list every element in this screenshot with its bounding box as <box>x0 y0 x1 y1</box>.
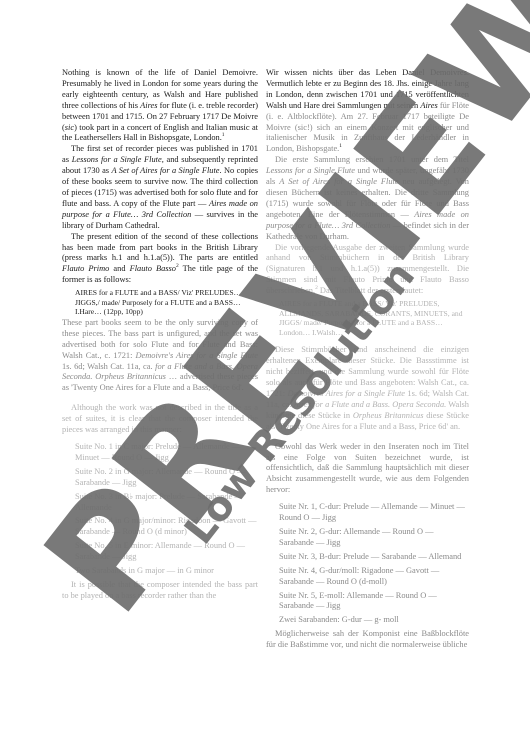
text-italic: Aires <box>420 101 437 110</box>
suite-item: Suite Nr. 5, E-moll: Allemande — Round O… <box>279 591 469 613</box>
text-italic: Demoivre's Aires for a Single Flute <box>135 351 258 360</box>
paragraph-suites-intro-de: Obwohl das Werk weder in den Inseraten n… <box>266 442 469 497</box>
text: Das Titelblatt der ersten lautet: <box>318 286 423 295</box>
text-italic: Aires <box>140 101 157 110</box>
footnote-marker: 1 <box>339 144 342 150</box>
text: ) took part in a concert of English and … <box>62 123 258 143</box>
text-italic: A Set of Aires for a Single Flute <box>279 177 398 186</box>
text: Die erste Sammlung erschien 1701 unter d… <box>275 155 469 164</box>
text: and <box>109 264 129 273</box>
suite-item: Suite No. 4 in G major/minor: Rigadoon —… <box>75 516 258 538</box>
suite-item: Suite Nr. 1, C-dur: Prelude — Allemande … <box>279 502 469 524</box>
text-italic: Lessons for a Single Flute <box>72 155 162 164</box>
suite-item: Suite No. 5 in E minor: Allemande — Roun… <box>75 541 258 563</box>
text-italic: Aires for a Flute and a Bass. Opera Seco… <box>294 400 447 409</box>
paragraph-bass-recorder-de: Möglicherweise sah der Komponist eine Ba… <box>266 629 469 651</box>
text: The present edition of the second of the… <box>62 232 258 263</box>
title-page-quote: AIRES for a FLUTE and a BASS/ Viz' PRELU… <box>75 288 258 317</box>
sarabands-item: Zwei Sarabanden: G-dur — g- moll <box>279 615 469 626</box>
german-column: Wir wissen nichts über das Leben Daniel … <box>266 68 469 651</box>
suite-item: Suite No. 3 in B♭ major: Prelude — Sarab… <box>75 492 258 514</box>
suite-list: Suite No. 1 in C major: Prelude — Allema… <box>62 442 258 577</box>
suite-item: Suite Nr. 2, G-dur: Allemande — Round O … <box>279 527 469 549</box>
text-italic: Flauto Primo <box>62 264 109 273</box>
paragraph-bass-recorder: It is possible that the composer intende… <box>62 580 258 602</box>
title-page-quote-de: AIRES for a FLUTE and a BASS/ Viz' PRELU… <box>279 299 469 337</box>
document-page: Nothing is known of the life of Daniel D… <box>0 0 530 750</box>
paragraph-present-edition-de: Die vorliegende Ausgabe der zweiten Samm… <box>266 243 469 298</box>
text-italic: A Set of Aires for a Single Flute <box>111 166 219 175</box>
suite-item: Suite Nr. 4, G-dur/moll: Rigadone — Gavo… <box>279 566 469 588</box>
text-italic: sic <box>65 123 74 132</box>
sarabands-item: Two Sarabands in G major — in G minor <box>75 566 258 577</box>
paragraph-suites-intro: Although the work was not described in t… <box>62 403 258 436</box>
text-italic: Orpheus Britannicus <box>353 411 424 420</box>
paragraph-part-books: These part books seem to be the only sur… <box>62 318 258 394</box>
paragraph-intro-de: Wir wissen nichts über das Leben Daniel … <box>266 68 469 155</box>
footnote-marker: 1 <box>222 133 225 139</box>
suite-item: Suite No. 1 in C major: Prelude — Allema… <box>75 442 258 464</box>
paragraph-part-books-de: Diese Stimmbücher sind anscheinend die e… <box>266 345 469 432</box>
paragraph-intro: Nothing is known of the life of Daniel D… <box>62 68 258 144</box>
suite-item: Suite Nr. 3, B-dur: Prelude — Sarabande … <box>279 552 469 563</box>
paragraph-first-set-de: Die erste Sammlung erschien 1701 unter d… <box>266 155 469 242</box>
text: 1s. 6d; Walsh Cat. 11a, ca. <box>62 362 155 371</box>
english-column: Nothing is known of the life of Daniel D… <box>62 68 258 602</box>
text-italic: Flauto Basso <box>130 264 176 273</box>
paragraph-first-set: The first set of recorder pieces was pub… <box>62 144 258 231</box>
suite-list-de: Suite Nr. 1, C-dur: Prelude — Allemande … <box>266 502 469 626</box>
text-italic: Demoivres Aires for a Single Flute <box>287 389 405 398</box>
suite-item: Suite No. 2 in G major: Allemande — Roun… <box>75 467 258 489</box>
text-italic: Lessons for a Single Flute <box>266 166 355 175</box>
paragraph-present-edition: The present edition of the second of the… <box>62 232 258 287</box>
